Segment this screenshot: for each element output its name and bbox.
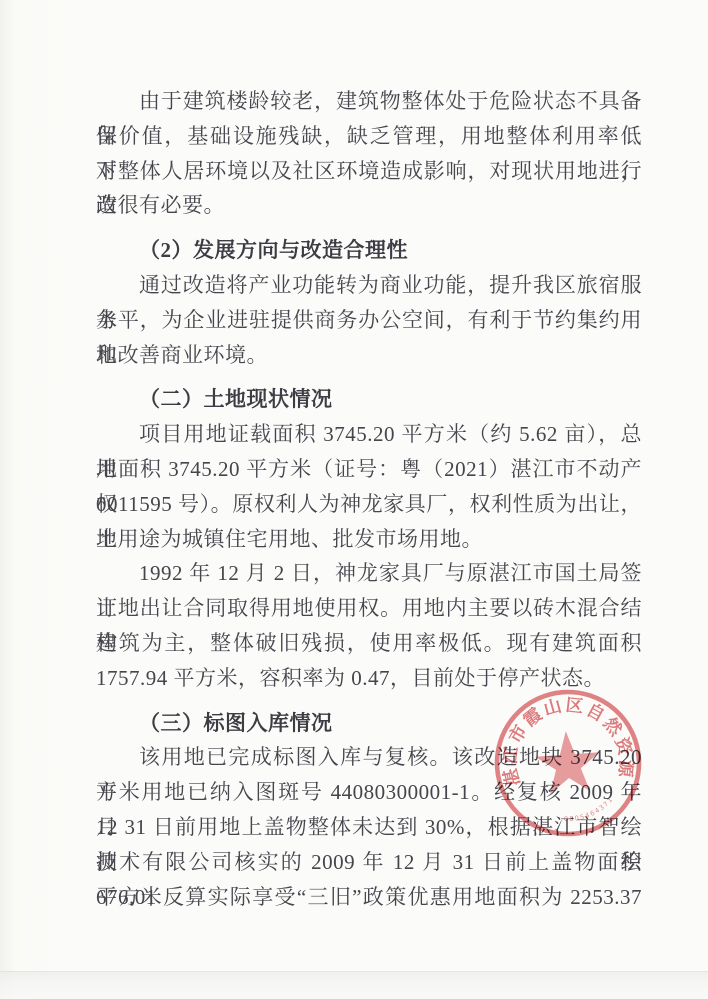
scan-bottom-shadow bbox=[0, 971, 708, 999]
text-line: 地面积 3745.20 平方米（证号：粤（2021）湛江市不动产权 bbox=[96, 452, 642, 487]
text-line: 地用途为城镇住宅用地、批发市场用地。 bbox=[96, 522, 642, 557]
text-line: 0011595 号）。原权利人为神龙家具厂，权利性质为出让，土 bbox=[96, 487, 642, 522]
text-line: 留价值，基础设施残缺，缺乏管理，用地整体利用率低下， bbox=[96, 119, 642, 154]
section-heading: （2）发展方向与改造合理性 bbox=[96, 233, 642, 268]
official-seal-stamp: 湛江市霞山区自然资源局 0805464371 bbox=[480, 675, 655, 850]
text-line: 项目用地证载面积 3745.20 平方米（约 5.62 亩），总用 bbox=[96, 417, 642, 452]
document-page: 由于建筑楼龄较老，建筑物整体处于危险状态不具备保留价值，基础设施残缺，缺乏管理，… bbox=[0, 0, 708, 999]
text-line: 技术有限公司核实的 2009 年 12 月 31 日前上盖物面积 676.01 bbox=[96, 845, 642, 880]
text-line: 由于建筑楼龄较老，建筑物整体处于危险状态不具备保 bbox=[96, 84, 642, 119]
text-line: 建筑为主，整体破旧残损，使用率极低。现有建筑面积 bbox=[96, 626, 642, 661]
text-line: 对整体人居环境以及社区环境造成影响，对现状用地进行改 bbox=[96, 154, 642, 189]
text-line: 造很有必要。 bbox=[96, 188, 642, 223]
text-line: 平方米反算实际享受“三旧”政策优惠用地面积为 2253.37 bbox=[96, 880, 642, 915]
section-heading: （二）土地现状情况 bbox=[96, 382, 642, 417]
text-line: 1992 年 12 月 2 日，神龙家具厂与原湛江市国土局签订 bbox=[96, 556, 642, 591]
text-line: 土地出让合同取得用地使用权。用地内主要以砖木混合结构 bbox=[96, 591, 642, 626]
text-line: 通过改造将产业功能转为商业功能，提升我区旅宿服务 bbox=[96, 268, 642, 303]
seal-star-icon bbox=[534, 729, 603, 795]
text-line: 和改善商业环境。 bbox=[96, 338, 642, 373]
text-line: 水平，为企业进驻提供商务办公空间，有利于节约集约用地 bbox=[96, 303, 642, 338]
